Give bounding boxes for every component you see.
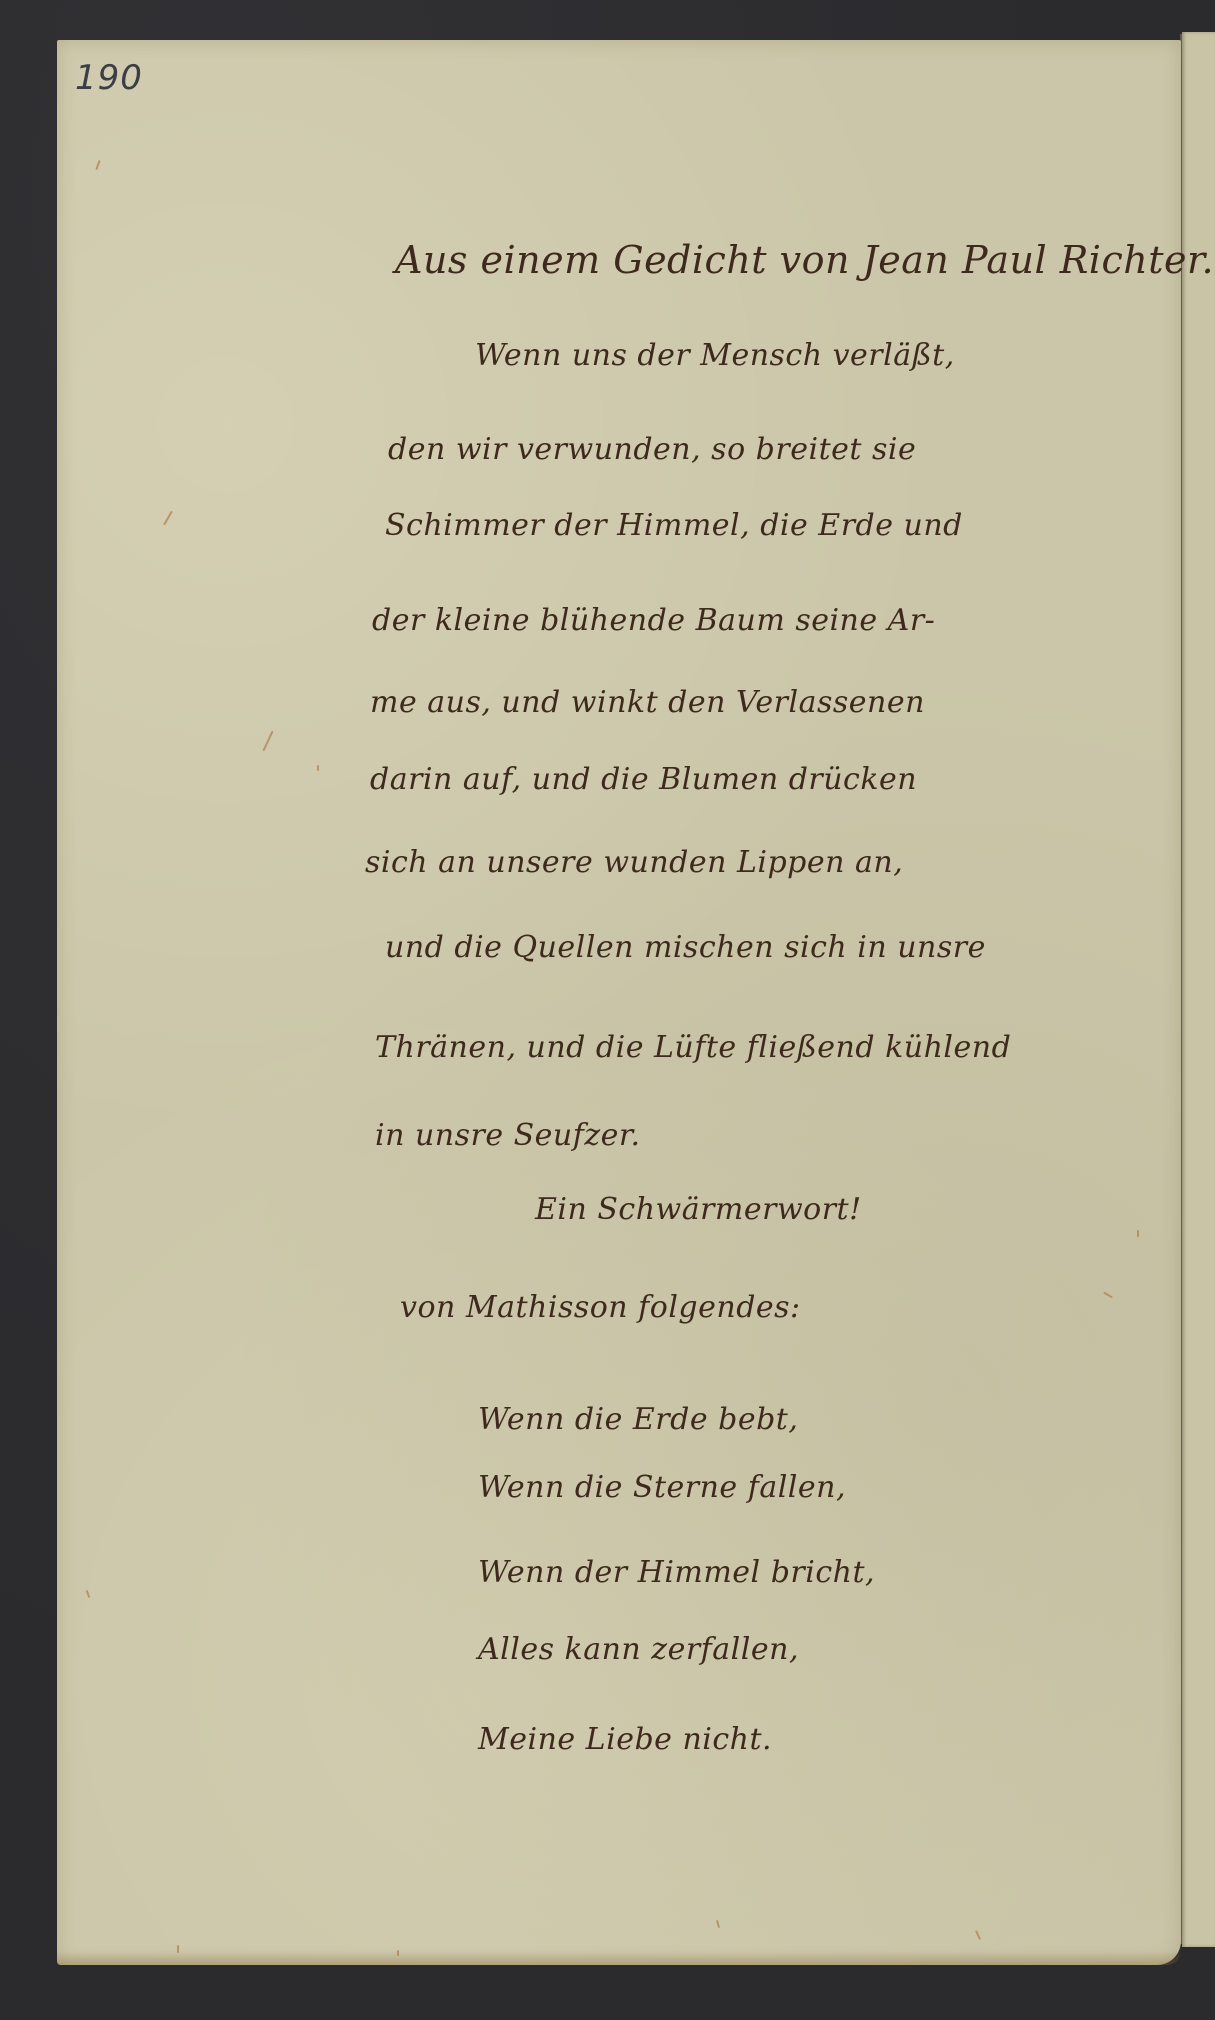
paper-fiber xyxy=(163,511,173,526)
prose-line: me aus, und winkt den Verlassenen xyxy=(370,685,925,720)
prose-line: Thränen, und die Lüfte fließend kühlend xyxy=(375,1030,1011,1065)
verse-line: Wenn die Sterne fallen, xyxy=(478,1470,846,1505)
paper-fiber xyxy=(317,765,319,771)
paper-fiber xyxy=(716,1920,720,1928)
prose-line: und die Quellen mischen sich in unsre xyxy=(385,930,986,965)
verse-line: Alles kann zerfallen, xyxy=(478,1632,799,1667)
verse-line: Meine Liebe nicht. xyxy=(478,1722,772,1757)
facing-page-edge xyxy=(1182,32,1215,1947)
prose-line: Schimmer der Himmel, die Erde und xyxy=(385,508,963,543)
paper-fiber xyxy=(86,1590,91,1598)
manuscript-page xyxy=(57,40,1181,1965)
prose-line: darin auf, und die Blumen drücken xyxy=(370,762,917,797)
paper-fiber xyxy=(95,160,100,170)
paper-fiber xyxy=(397,1950,399,1956)
page-number: 190 xyxy=(75,58,143,98)
attribution-line: von Mathisson folgendes: xyxy=(400,1290,801,1325)
paper-fiber xyxy=(177,1945,179,1953)
paper-fiber xyxy=(1103,1292,1113,1299)
paper-fiber xyxy=(262,731,273,752)
prose-line: den wir verwunden, so breitet sie xyxy=(388,432,916,467)
heading: Aus einem Gedicht von Jean Paul Richter. xyxy=(395,238,1214,282)
prose-line: Wenn uns der Mensch verläßt, xyxy=(475,338,955,373)
prose-line: sich an unsere wunden Lippen an, xyxy=(365,845,903,880)
verse-line: Wenn die Erde bebt, xyxy=(478,1402,798,1437)
prose-line: in unsre Seufzer. xyxy=(375,1118,641,1153)
prose-line: der kleine blühende Baum seine Ar- xyxy=(372,603,935,638)
exclamation-line: Ein Schwärmerwort! xyxy=(535,1192,862,1227)
paper-fiber xyxy=(1137,1230,1139,1237)
paper-fiber xyxy=(975,1930,981,1940)
verse-line: Wenn der Himmel bricht, xyxy=(478,1555,875,1590)
